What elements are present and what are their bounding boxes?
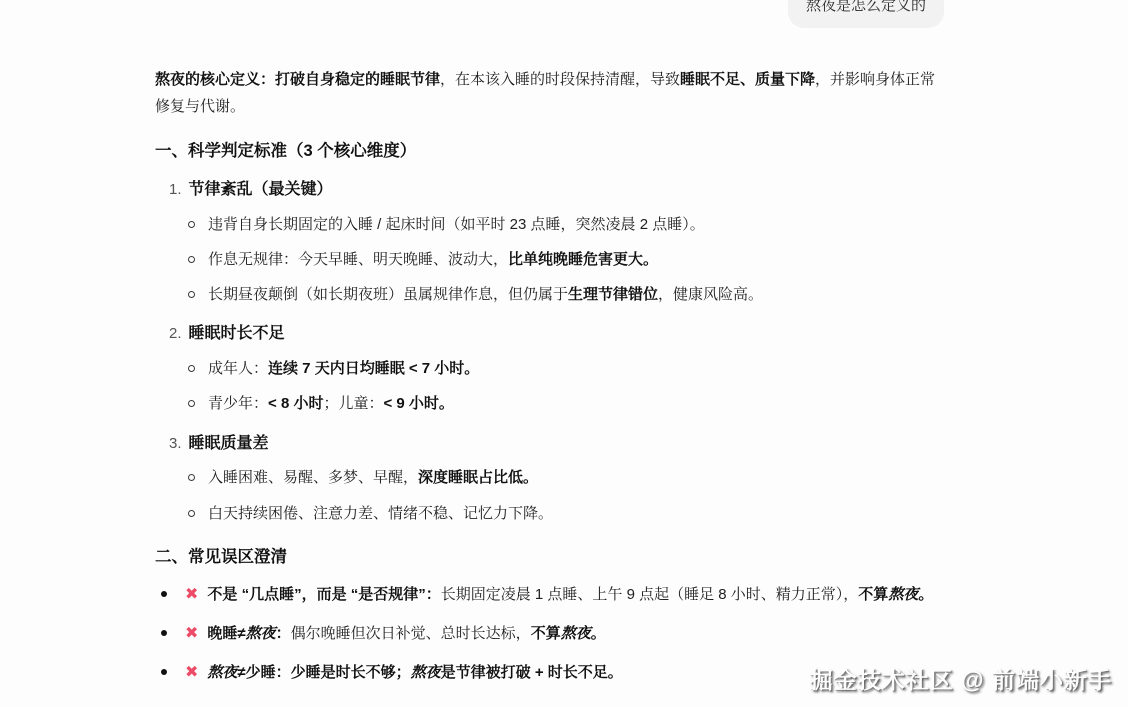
list-item-text: 成年人：连续 7 天内日均睡眠 < 7 小时。 <box>208 360 479 377</box>
circle-bullet-icon <box>188 474 195 481</box>
section-heading-criteria: 一、科学判定标准（3 个核心维度） <box>155 138 947 164</box>
list-item: 长期昼夜颠倒（如长期夜班）虽属规律作息，但仍属于生理节律错位，健康风险高。 <box>188 281 947 308</box>
misconception-text: 晚睡≠熬夜：偶尔晚睡但次日补觉、总时长达标，不算熬夜。 <box>207 625 605 642</box>
quality-bullet-list: 入睡困难、易醒、多梦、早醒，深度睡眠占比低。 白天持续困倦、注意力差、情绪不稳、… <box>188 464 947 527</box>
number-label: 3. <box>169 435 182 452</box>
list-item: 白天持续困倦、注意力差、情绪不稳、记忆力下降。 <box>188 500 947 527</box>
red-cross-icon: ✖ <box>185 625 198 642</box>
list-item-text: 作息无规律：今天早睡、明天晚睡、波动大，比单纯晚睡危害更大。 <box>208 251 658 268</box>
red-cross-icon: ✖ <box>185 664 198 681</box>
duration-bullet-list: 成年人：连续 7 天内日均睡眠 < 7 小时。 青少年：< 8 小时；儿童：< … <box>188 355 947 418</box>
disc-bullet-icon <box>161 591 167 597</box>
list-item: 作息无规律：今天早睡、明天晚睡、波动大，比单纯晚睡危害更大。 <box>188 246 947 273</box>
number-label: 1. <box>169 181 182 198</box>
list-item: 入睡困难、易醒、多梦、早醒，深度睡眠占比低。 <box>188 464 947 491</box>
circle-bullet-icon <box>188 510 195 517</box>
list-item-text: 违背自身长期固定的入睡 / 起床时间（如平时 23 点睡，突然凌晨 2 点睡）。 <box>208 216 705 233</box>
disc-bullet-icon <box>161 630 167 636</box>
misconception-item: ✖晚睡≠熬夜：偶尔晚睡但次日补觉、总时长达标，不算熬夜。 <box>155 619 947 648</box>
list-item-text: 长期昼夜颠倒（如长期夜班）虽属规律作息，但仍属于生理节律错位，健康风险高。 <box>208 286 763 303</box>
misconception-item: ✖不是 “几点睡”，而是 “是否规律”：长期固定凌晨 1 点睡、上午 9 点起（… <box>155 580 947 609</box>
list-item: 青少年：< 8 小时；儿童：< 9 小时。 <box>188 390 947 417</box>
list-item: 违背自身长期固定的入睡 / 起床时间（如平时 23 点睡，突然凌晨 2 点睡）。 <box>188 211 947 238</box>
number-label: 2. <box>169 325 182 342</box>
list-item-text: 白天持续困倦、注意力差、情绪不稳、记忆力下降。 <box>208 505 553 522</box>
section-heading-misconceptions: 二、常见误区澄清 <box>155 544 947 570</box>
disc-bullet-icon <box>161 669 167 675</box>
circle-bullet-icon <box>188 400 195 407</box>
rhythm-bullet-list: 违背自身长期固定的入睡 / 起床时间（如平时 23 点睡，突然凌晨 2 点睡）。… <box>188 211 947 309</box>
numbered-item-duration: 2.睡眠时长不足 <box>169 321 947 347</box>
intro-paragraph: 熬夜的核心定义：打破自身稳定的睡眠节律，在本该入睡的时段保持清醒，导致睡眠不足、… <box>155 66 947 121</box>
user-message-bubble: 熬夜是怎么定义的 <box>788 0 944 28</box>
watermark: 掘金技术社区 @ 前端小新手 <box>810 662 1112 695</box>
list-item-text: 青少年：< 8 小时；儿童：< 9 小时。 <box>208 395 454 412</box>
circle-bullet-icon <box>188 291 195 298</box>
list-item-text: 入睡困难、易醒、多梦、早醒，深度睡眠占比低。 <box>208 469 538 486</box>
circle-bullet-icon <box>188 365 195 372</box>
item-title: 睡眠时长不足 <box>189 325 285 342</box>
item-title: 节律紊乱（最关键） <box>189 181 333 198</box>
circle-bullet-icon <box>188 221 195 228</box>
red-cross-icon: ✖ <box>185 586 198 603</box>
list-item: 成年人：连续 7 天内日均睡眠 < 7 小时。 <box>188 355 947 382</box>
misconception-text: 不是 “几点睡”，而是 “是否规律”：长期固定凌晨 1 点睡、上午 9 点起（睡… <box>207 586 933 603</box>
assistant-response: 熬夜的核心定义：打破自身稳定的睡眠节律，在本该入睡的时段保持清醒，导致睡眠不足、… <box>155 66 947 698</box>
misconception-text: 熬夜≠少睡：少睡是时长不够；熬夜是节律被打破 + 时长不足。 <box>207 664 622 681</box>
numbered-item-rhythm: 1.节律紊乱（最关键） <box>169 177 947 203</box>
numbered-item-quality: 3.睡眠质量差 <box>169 431 947 457</box>
user-message-text: 熬夜是怎么定义的 <box>806 0 926 14</box>
item-title: 睡眠质量差 <box>189 435 269 452</box>
circle-bullet-icon <box>188 256 195 263</box>
